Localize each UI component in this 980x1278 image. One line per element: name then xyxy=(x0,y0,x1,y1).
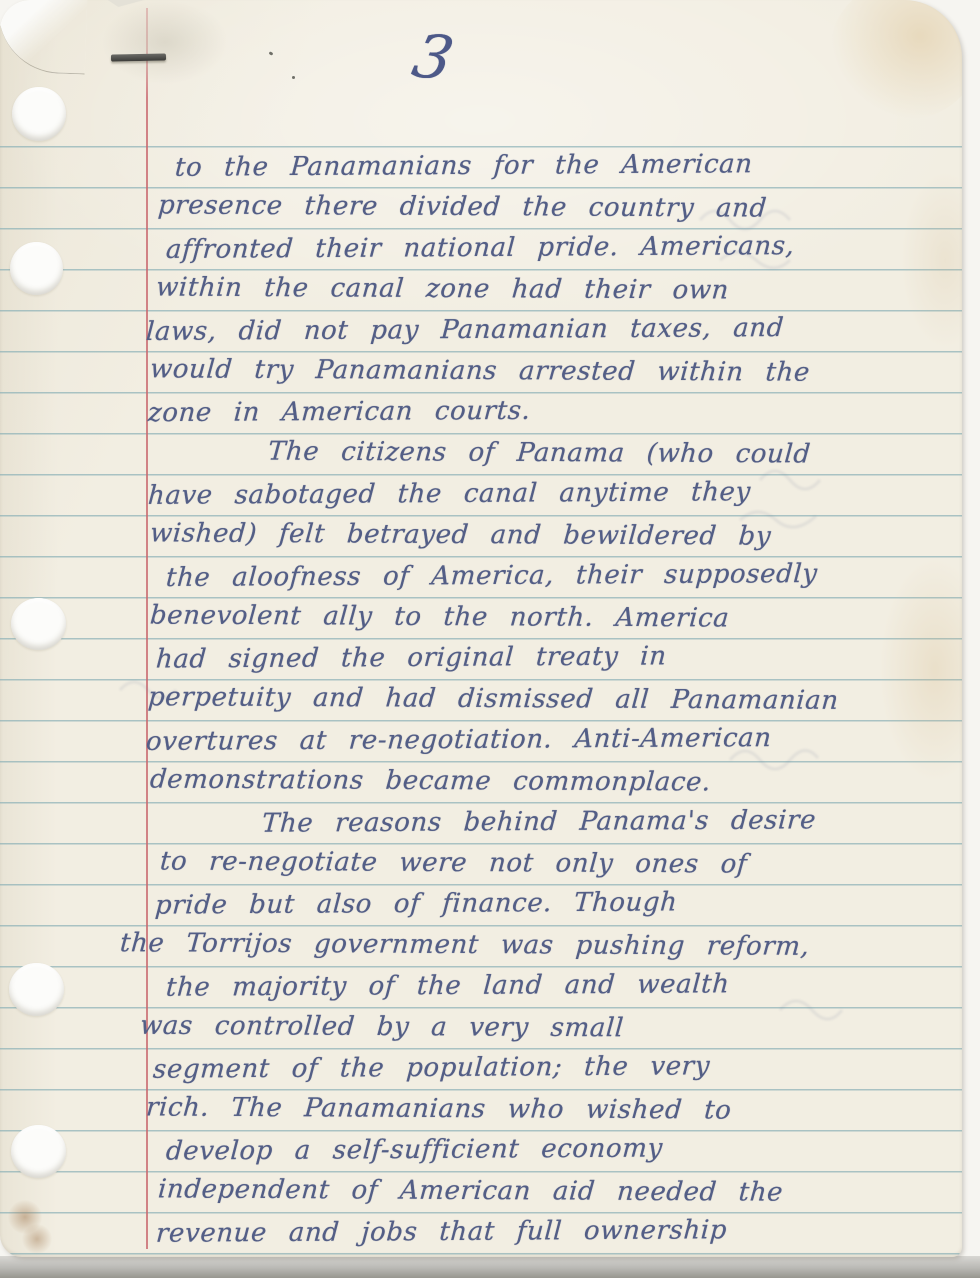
handwritten-line: to the Panamanians for the American xyxy=(174,144,754,189)
handwritten-line: revenue and jobs that full ownership xyxy=(155,1210,729,1255)
handwritten-line: develop a self-sufficient economy xyxy=(165,1128,664,1172)
handwritten-line: affronted their national pride. American… xyxy=(165,226,796,271)
handwritten-line: had signed the original treaty in xyxy=(155,636,668,680)
handwritten-line: segment of the population; the very xyxy=(152,1046,712,1090)
handwritten-line: to re-negotiate were not only ones of xyxy=(158,841,748,885)
handwritten-line: was controlled by a very small xyxy=(138,1006,625,1050)
handwritten-line: the majority of the land and wealth xyxy=(165,964,731,1008)
handwritten-line: The citizens of Panama (who could xyxy=(266,432,812,476)
handwritten-line: would try Panamanians arrested within th… xyxy=(148,349,811,393)
notebook-paper: 3 to the Panamanians for the American pr… xyxy=(0,0,962,1257)
handwritten-line: perpetuity and had dismissed all Panaman… xyxy=(146,677,840,722)
handwritten-line: benevolent ally to the north. America xyxy=(148,595,730,639)
handwritten-line: the aloofness of America, their supposed… xyxy=(165,554,819,599)
handwritten-line: The reasons behind Panama's desire xyxy=(261,800,818,844)
handwritten-line: demonstrations became commonplace. xyxy=(148,760,712,804)
hole-punch xyxy=(12,87,66,141)
hole-punch xyxy=(9,963,64,1016)
handwritten-line: the Torrijos government was pushing refo… xyxy=(118,923,810,968)
handwritten-line: presence there divided the country and xyxy=(156,185,768,229)
handwritten-line: rich. The Panamanians who wished to xyxy=(144,1087,733,1131)
hole-punch xyxy=(11,1125,66,1178)
handwritten-line: pride but also of finance. Though xyxy=(154,882,679,926)
handwritten-line: laws, did not pay Panamanian taxes, and xyxy=(145,308,786,353)
scanned-page: 3 to the Panamanians for the American pr… xyxy=(0,0,980,1278)
hole-punch xyxy=(11,598,66,650)
hole-punch xyxy=(10,242,63,295)
handwritten-text: to the Panamanians for the American pres… xyxy=(0,0,962,1257)
handwritten-line: wished) felt betrayed and bewildered by xyxy=(148,513,772,557)
handwritten-line: zone in American courts. xyxy=(147,391,532,434)
handwritten-line: have sabotaged the canal anytime they xyxy=(147,472,752,517)
handwritten-line: overtures at re-negotiation. Anti-Americ… xyxy=(145,718,773,763)
handwritten-line: within the canal zone had their own xyxy=(154,268,730,312)
scanner-background xyxy=(0,1256,980,1278)
handwritten-line: independent of American aid needed the xyxy=(156,1169,784,1213)
